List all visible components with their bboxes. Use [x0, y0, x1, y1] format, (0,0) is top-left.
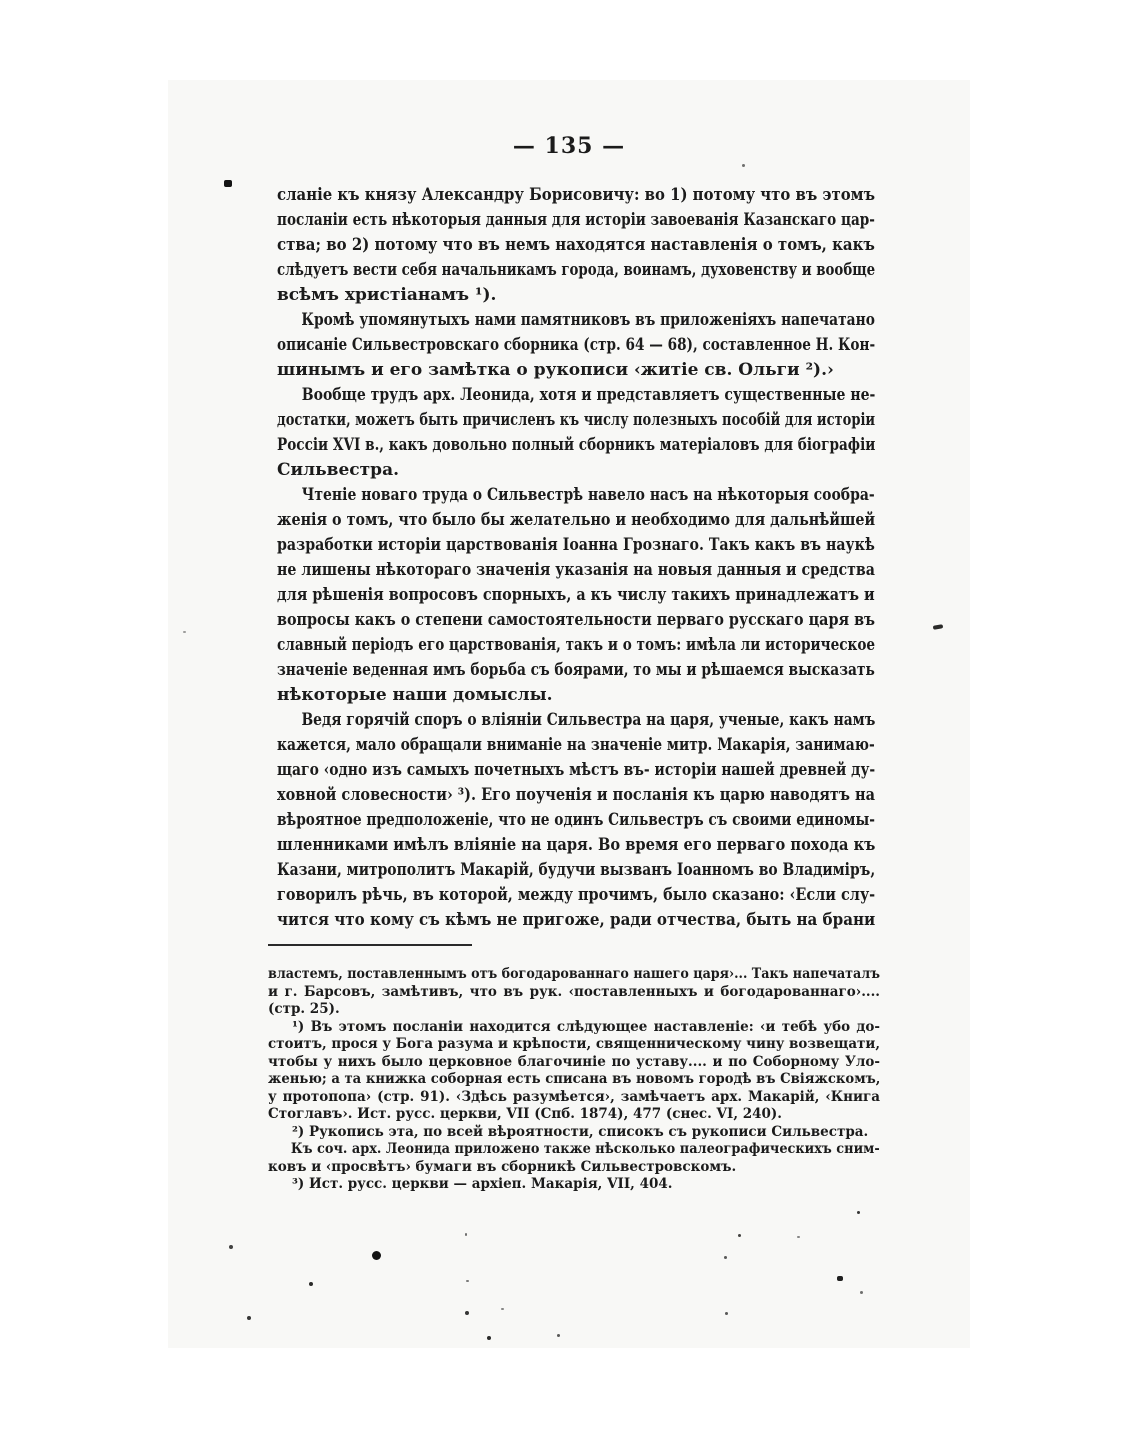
- footnote-line: ²) Рукопись эта, по всей вѣроятности, сп…: [268, 1124, 880, 1142]
- footnote-line: ковъ и ‹просвѣтъ› бумаги въ сборникѣ Сил…: [268, 1159, 880, 1177]
- scan-speck: [738, 1234, 741, 1237]
- body-text-line: всѣмъ христіанамъ ¹).: [277, 283, 875, 308]
- scan-speck: [933, 624, 944, 630]
- body-text-line: разработки исторіи царствованія Іоанна Г…: [277, 533, 776, 558]
- footnote-line: женью; а та книжка соборная есть списана…: [268, 1071, 866, 1089]
- scan-speck: [742, 164, 745, 167]
- body-text-line: вѣроятное предположеніе, что не одинъ Си…: [277, 808, 760, 833]
- main-text-block: сланіе къ князу Александру Борисовичу: в…: [277, 183, 875, 933]
- scan-speck: [466, 1280, 469, 1282]
- scan-speck: [797, 1236, 800, 1238]
- book-page: — 135 — сланіе къ князу Александру Борис…: [168, 80, 970, 1348]
- scan-speck: [724, 1256, 727, 1259]
- page-number: — 135 —: [168, 133, 970, 159]
- body-text-line: для рѣшенія вопросовъ спорныхъ, а къ чис…: [277, 583, 783, 608]
- body-text-line: Чтеніе новаго труда о Сильвестрѣ навело …: [277, 483, 768, 508]
- scan-backdrop: { "colors": { "ink": "#1b1b1b", "paper":…: [0, 0, 1140, 1433]
- body-text-line: вопросы какъ о степени самостоятельности…: [277, 608, 781, 633]
- footnote-line: ³) Ист. русс. церкви — архіеп. Макарія, …: [268, 1176, 880, 1194]
- body-text-line: чится что кому съ кѣмъ не пригоже, ради …: [277, 908, 808, 933]
- footnote-line: Стоглавъ›. Ист. русс. церкви, VII (Спб. …: [268, 1106, 880, 1124]
- scan-speck: [183, 631, 186, 633]
- body-text-line: Ведя горячій споръ о вліяніи Сильвестра …: [277, 708, 764, 733]
- body-text-line: посланіи есть нѣкоторыя данныя для истор…: [277, 208, 755, 233]
- body-text-line: слѣдуетъ вести себя начальникамъ города,…: [277, 258, 746, 283]
- body-text-line: Кромѣ упомянутыхъ нами памятниковъ въ пр…: [277, 308, 763, 333]
- body-text-line: описаніе Сильвестровскаго сборника (стр.…: [277, 333, 756, 358]
- body-text-line: достатки, можетъ быть причисленъ къ числ…: [277, 408, 736, 433]
- body-text-line: Вообще трудъ арх. Леонида, хотя и предст…: [277, 383, 770, 408]
- body-text-line: сланіе къ князу Александру Борисовичу: в…: [277, 183, 801, 208]
- footnote-line: Къ соч. арх. Леонида приложено также нѣс…: [268, 1141, 852, 1159]
- body-text-line: ховной словесности› ³). Его поученія и п…: [277, 783, 786, 808]
- footnote-line: стоитъ, прося у Бога разума и крѣпости, …: [268, 1036, 877, 1054]
- footnotes-block: властемъ, поставленнымъ отъ богодарованн…: [268, 966, 880, 1194]
- footnote-line: чтобы у нихъ было церковное благочиніе п…: [268, 1054, 880, 1072]
- scan-speck: [837, 1276, 843, 1281]
- scan-speck: [860, 1291, 863, 1294]
- body-text-line: Сильвестра.: [277, 458, 875, 483]
- body-text-line: славный періодъ его царствованія, такъ и…: [277, 633, 756, 658]
- scan-speck: [557, 1334, 560, 1337]
- scan-speck: [857, 1211, 860, 1214]
- body-text-line: Россіи XVI в., какъ довольно полный сбор…: [277, 433, 756, 458]
- scan-speck: [224, 180, 232, 187]
- footnote-line: (стр. 25).: [268, 1001, 880, 1019]
- body-text-line: щаго ‹одно изъ самыхъ почетныхъ мѣстъ въ…: [277, 758, 766, 783]
- footnote-line: властемъ, поставленнымъ отъ богодарованн…: [268, 966, 843, 984]
- body-text-line: шинымъ и его замѣтка о рукописи ‹житіе с…: [277, 358, 875, 383]
- body-text-line: значеніе веденная имъ борьба съ боярами,…: [277, 658, 762, 683]
- scan-speck: [465, 1233, 467, 1236]
- footnote-line: и г. Барсовъ, замѣтивъ, что въ рук. ‹пос…: [268, 984, 880, 1002]
- body-text-line: ства; во 2) потому что въ немъ находятся…: [277, 233, 804, 258]
- footnote-separator-rule: [268, 944, 472, 946]
- scan-speck: [725, 1312, 728, 1315]
- footnote-line: ¹) Въ этомъ посланіи находится слѣдующее…: [268, 1019, 880, 1037]
- body-text-line: нѣкоторые наши домыслы.: [277, 683, 875, 708]
- scan-speck: [229, 1245, 233, 1249]
- body-text-line: Казани, митрополитъ Макарій, будучи вызв…: [277, 858, 766, 883]
- body-text-line: женія о томъ, что было бы желательно и н…: [277, 508, 781, 533]
- footnote-line: у протопопа› (стр. 91). ‹Здѣсь разумѣетс…: [268, 1089, 880, 1107]
- body-text-line: не лишены нѣкотораго значенія указанія н…: [277, 558, 776, 583]
- scan-speck: [501, 1308, 504, 1310]
- body-text-line: говорилъ рѣчь, въ которой, между прочимъ…: [277, 883, 784, 908]
- scan-speck: [247, 1316, 251, 1320]
- body-text-line: кажется, мало обращали вниманіе на значе…: [277, 733, 765, 758]
- scan-speck: [309, 1282, 313, 1286]
- scan-speck: [465, 1311, 469, 1315]
- body-text-line: шленниками имѣлъ вліяніе на царя. Во вре…: [277, 833, 792, 858]
- scan-speck: [487, 1336, 491, 1340]
- scan-speck: [372, 1251, 381, 1260]
